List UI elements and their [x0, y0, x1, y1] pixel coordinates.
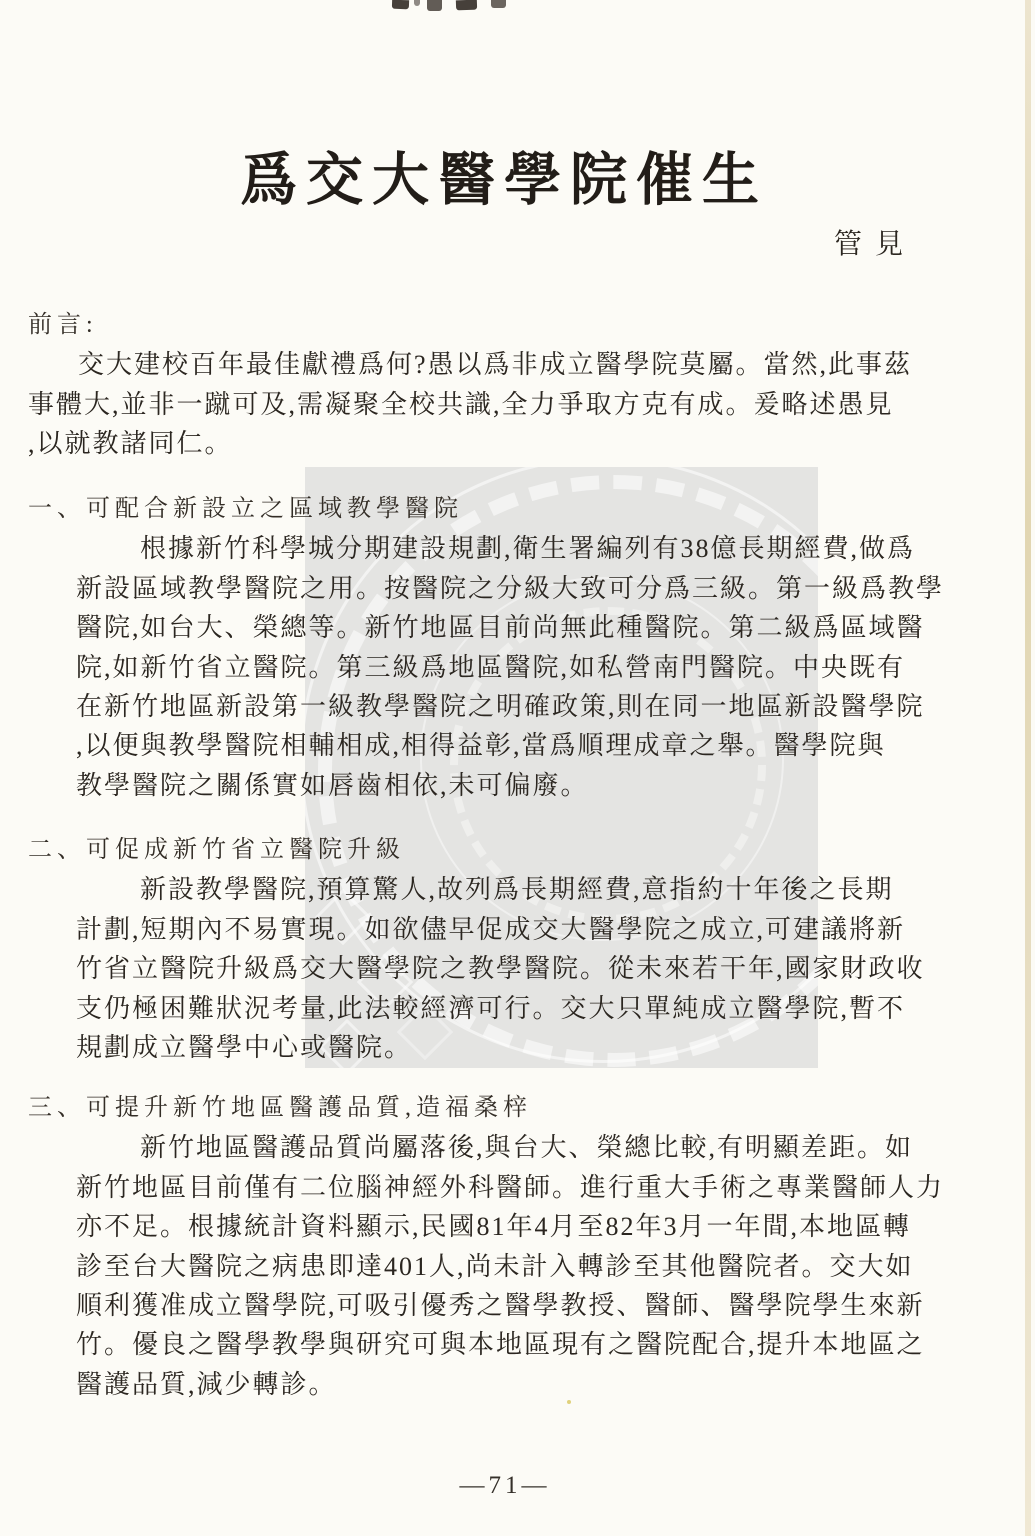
section-3-heading: 三、可提升新竹地區醫護品質,造福桑梓 — [28, 1089, 944, 1128]
ink-fragment — [414, 0, 420, 6]
preface-line: 事體大,並非一蹴可及,需凝聚全校共識,全力爭取方克有成。爰略述愚見 — [28, 385, 912, 424]
preface-line: ,以就教諸同仁。 — [28, 424, 912, 463]
ink-fragment — [427, 0, 442, 11]
body-line: 支仍極困難狀況考量,此法較經濟可行。交大只單純成立醫學院,暫不 — [28, 989, 925, 1028]
body-line: 診至台大醫院之病患即達401人,尚未計入轉診至其他醫院者。交大如 — [28, 1247, 944, 1286]
ink-fragment — [456, 0, 477, 10]
body-line: 順利獲准成立醫學院,可吸引優秀之醫學教授、醫師、醫學院學生來新 — [28, 1286, 944, 1325]
preface-section: 前言: 交大建校百年最佳獻禮爲何?愚以爲非成立醫學院莫屬。當然,此事茲 事體大,… — [28, 306, 912, 464]
body-line: 醫護品質,減少轉診。 — [28, 1365, 944, 1404]
body-line: 在新竹地區新設第一級教學醫院之明確政策,則在同一地區新設醫學院 — [28, 687, 944, 726]
body-line: ,以便與教學醫院相輔相成,相得益彰,當爲順理成章之舉。醫學院與 — [28, 726, 944, 765]
scanned-document-page: 爲交大醫學院催生 管見 前言: 交大建校百年最佳獻禮爲何?愚以爲非成立醫學院莫屬… — [0, 0, 1035, 1536]
section-1-heading: 一、可配合新設立之區域教學醫院 — [28, 490, 944, 529]
body-line: 院,如新竹省立醫院。第三級爲地區醫院,如私營南門醫院。中央既有 — [28, 648, 944, 687]
body-line: 新竹地區目前僅有二位腦神經外科醫師。進行重大手術之專業醫師人力 — [28, 1168, 944, 1207]
scan-book-edge — [1025, 0, 1031, 1536]
ink-fragment — [392, 0, 409, 9]
ink-fragment — [491, 0, 506, 8]
page-number: —71— — [0, 1472, 1010, 1500]
body-line: 教學醫院之關係實如唇齒相依,未可偏廢。 — [28, 766, 944, 805]
section-2: 二、可促成新竹省立醫院升級 新設教學醫院,預算驚人,故列爲長期經費,意指約十年後… — [28, 831, 925, 1067]
body-line: 計劃,短期內不易實現。如欲儘早促成交大醫學院之成立,可建議將新 — [28, 910, 925, 949]
page-top-ink-marks — [0, 0, 1035, 14]
section-2-heading: 二、可促成新竹省立醫院升級 — [28, 831, 925, 870]
author-name: 管見 — [834, 222, 916, 262]
article-title: 爲交大醫學院催生 — [240, 134, 768, 216]
section-3: 三、可提升新竹地區醫護品質,造福桑梓 新竹地區醫護品質尚屬落後,與台大、榮總比較… — [28, 1089, 944, 1404]
body-line: 竹省立醫院升級爲交大醫學院之教學醫院。從未來若干年,國家財政收 — [28, 949, 925, 988]
preface-label: 前言: — [28, 306, 912, 345]
section-1: 一、可配合新設立之區域教學醫院 根據新竹科學城分期建設規劃,衛生署編列有38億長… — [28, 490, 944, 805]
body-line: 新設教學醫院,預算驚人,故列爲長期經費,意指約十年後之長期 — [28, 870, 925, 909]
body-line: 亦不足。根據統計資料顯示,民國81年4月至82年3月一年間,本地區轉 — [28, 1207, 944, 1246]
scan-speck — [567, 1400, 571, 1404]
body-line: 規劃成立醫學中心或醫院。 — [28, 1028, 925, 1067]
preface-line: 交大建校百年最佳獻禮爲何?愚以爲非成立醫學院莫屬。當然,此事茲 — [28, 345, 912, 384]
body-line: 新設區域教學醫院之用。按醫院之分級大致可分爲三級。第一級爲教學 — [28, 569, 944, 608]
body-line: 竹。優良之醫學教學與研究可與本地區現有之醫院配合,提升本地區之 — [28, 1325, 944, 1364]
body-line: 根據新竹科學城分期建設規劃,衛生署編列有38億長期經費,做爲 — [28, 529, 944, 568]
body-line: 醫院,如台大、榮總等。新竹地區目前尚無此種醫院。第二級爲區域醫 — [28, 608, 944, 647]
body-line: 新竹地區醫護品質尚屬落後,與台大、榮總比較,有明顯差距。如 — [28, 1128, 944, 1167]
